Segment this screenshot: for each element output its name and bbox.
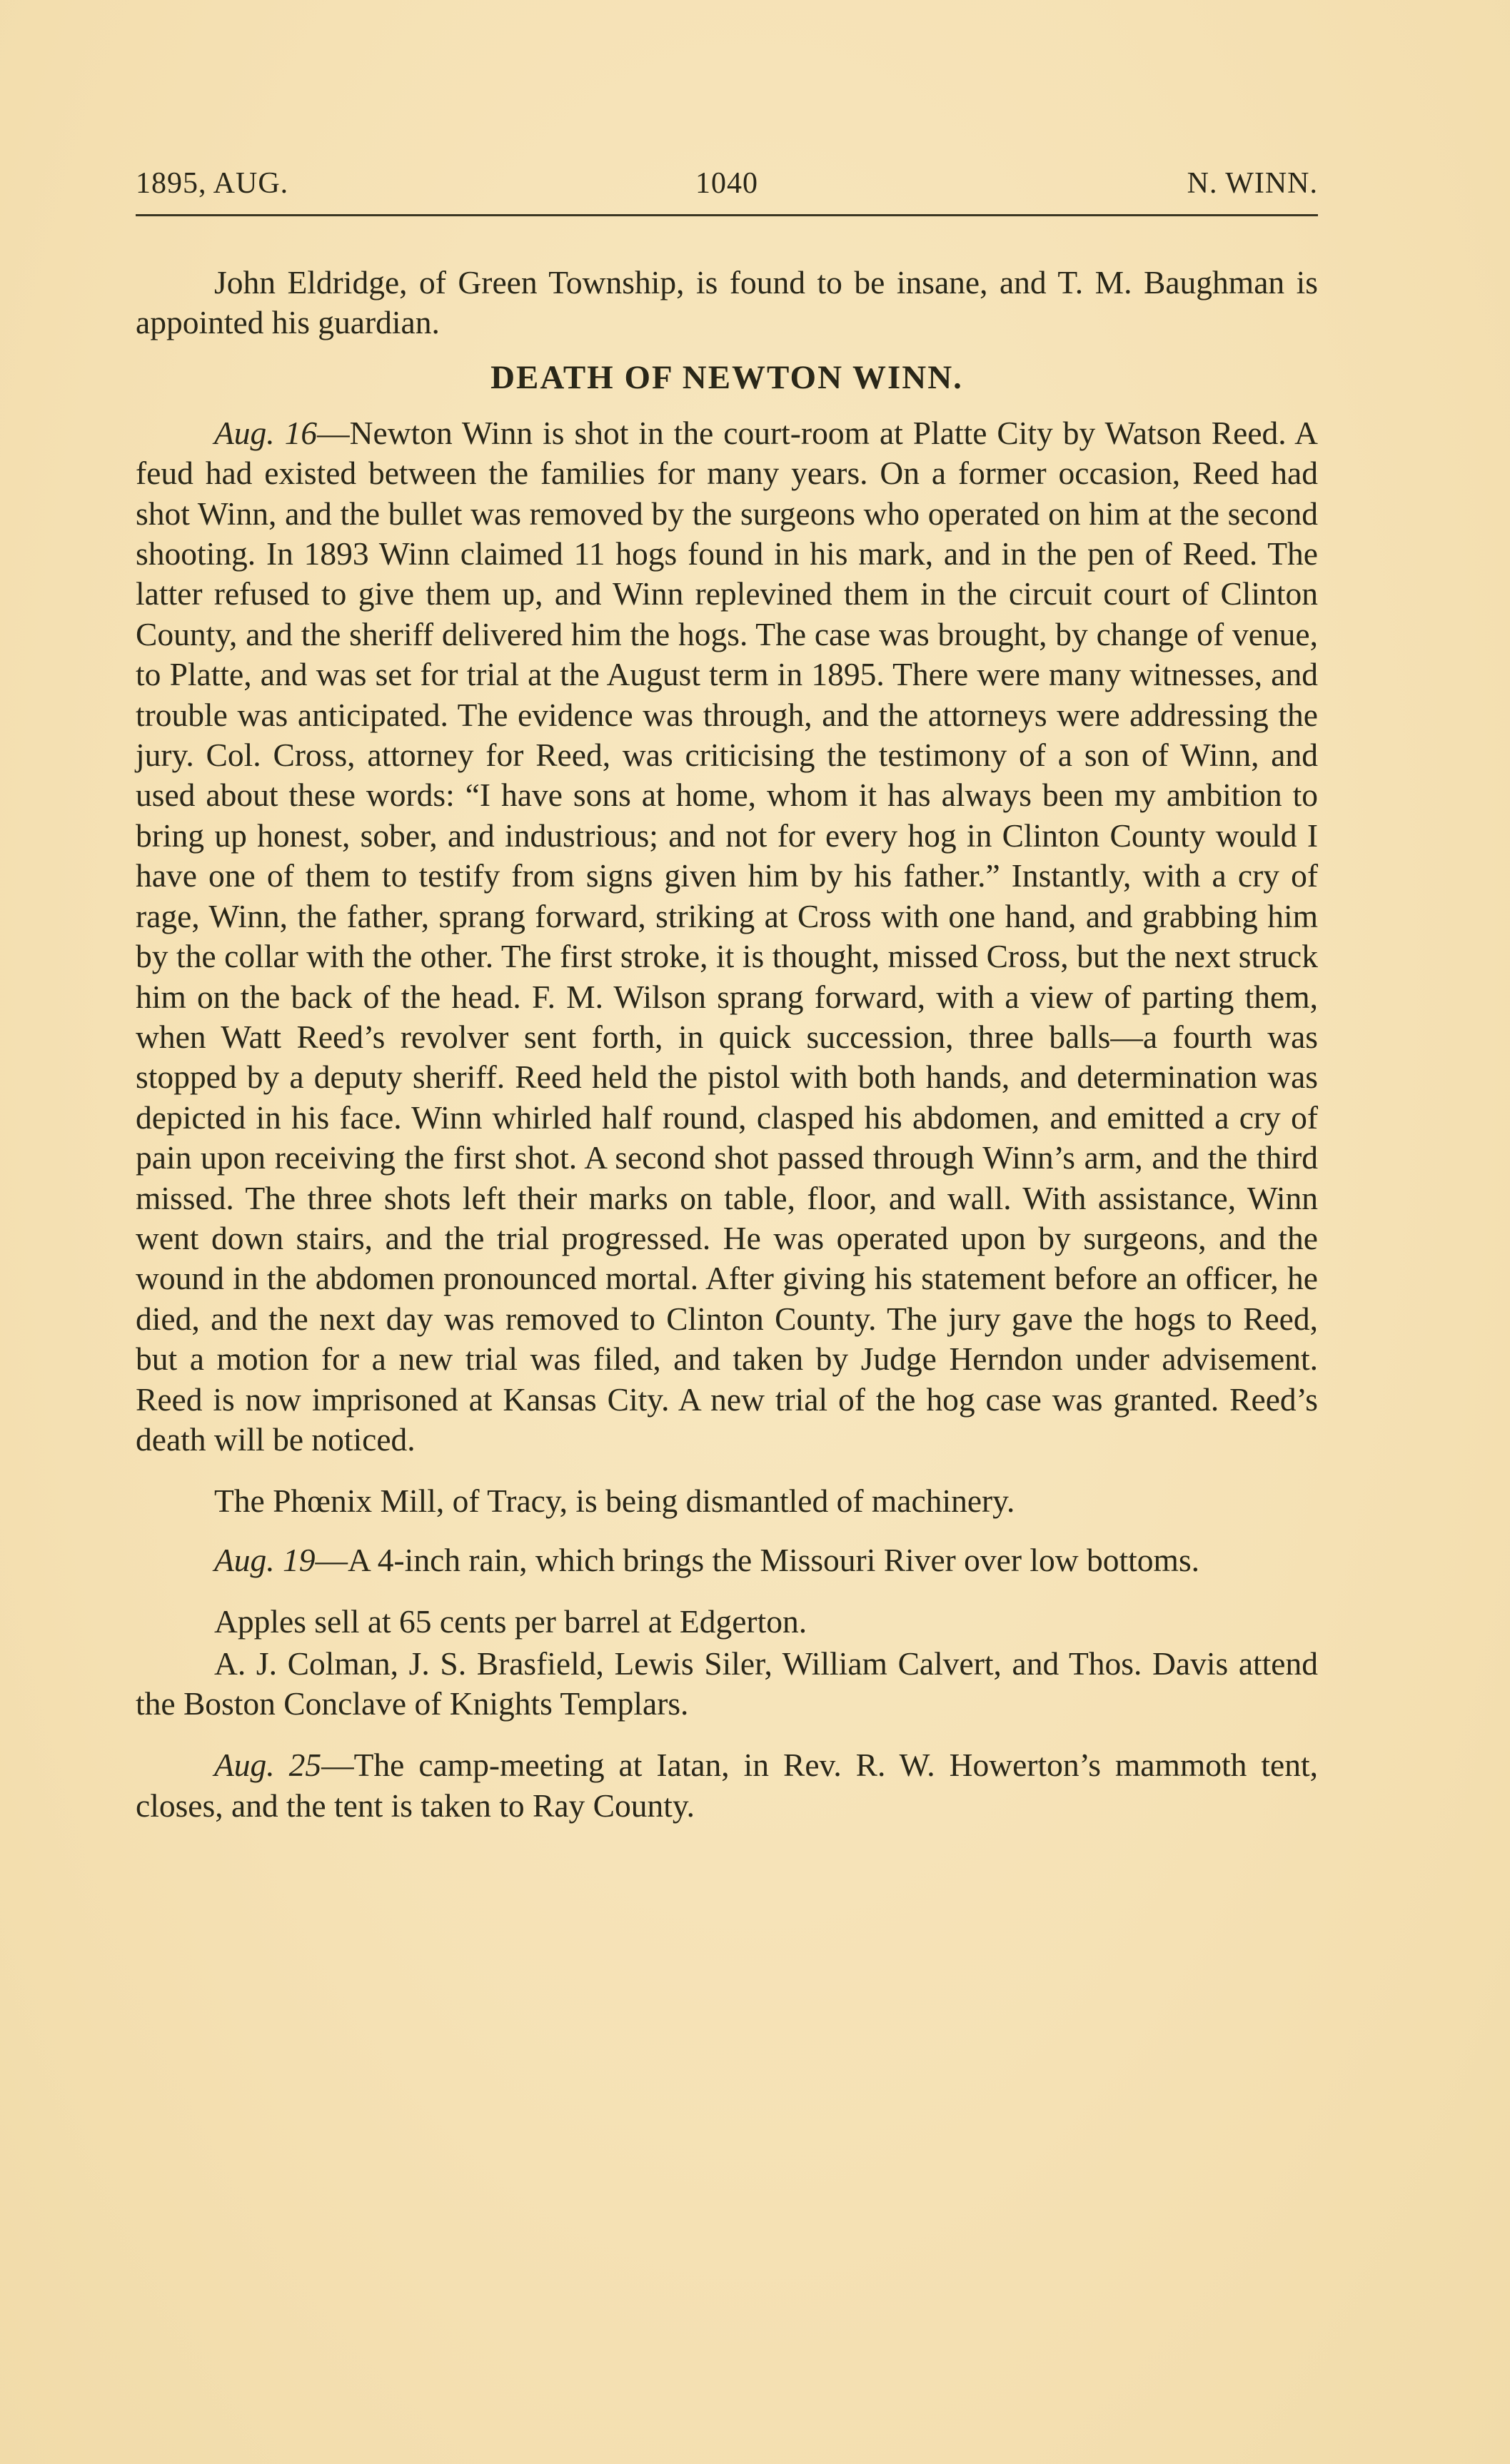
running-head-subject: N. WINN. [1187,166,1318,201]
entry-text: —Newton Winn is shot in the court-room a… [136,415,1318,1458]
entry-date: Aug. 25 [214,1747,321,1783]
paragraph-rain: Aug. 19—A 4-inch rain, which brings the … [136,1540,1318,1580]
running-head: 1895, AUG. 1040 N. WINN. [136,166,1318,201]
entry-date: Aug. 16 [214,415,317,451]
paragraph-phoenix-mill: The Phœnix Mill, of Tracy, is being dism… [136,1481,1318,1521]
running-head-date: 1895, AUG. [136,166,288,201]
entry-date: Aug. 19 [214,1542,316,1578]
paragraph-knights-templars: A. J. Colman, J. S. Brasfield, Lewis Sil… [136,1644,1318,1725]
header-rule [136,214,1318,216]
entry-text: —A 4-inch rain, which brings the Missour… [316,1542,1199,1578]
page-number: 1040 [695,166,758,201]
paragraph-camp-meeting: Aug. 25—The camp-meeting at Iatan, in Re… [136,1745,1318,1826]
paragraph-apples: Apples sell at 65 cents per barrel at Ed… [136,1602,1318,1642]
paragraph-winn-shooting: Aug. 16—Newton Winn is shot in the court… [136,413,1318,1460]
section-heading: DEATH OF NEWTON WINN. [136,358,1318,398]
paragraph-eldridge: John Eldridge, of Green Township, is fou… [136,263,1318,343]
body-text: John Eldridge, of Green Township, is fou… [136,263,1318,1826]
